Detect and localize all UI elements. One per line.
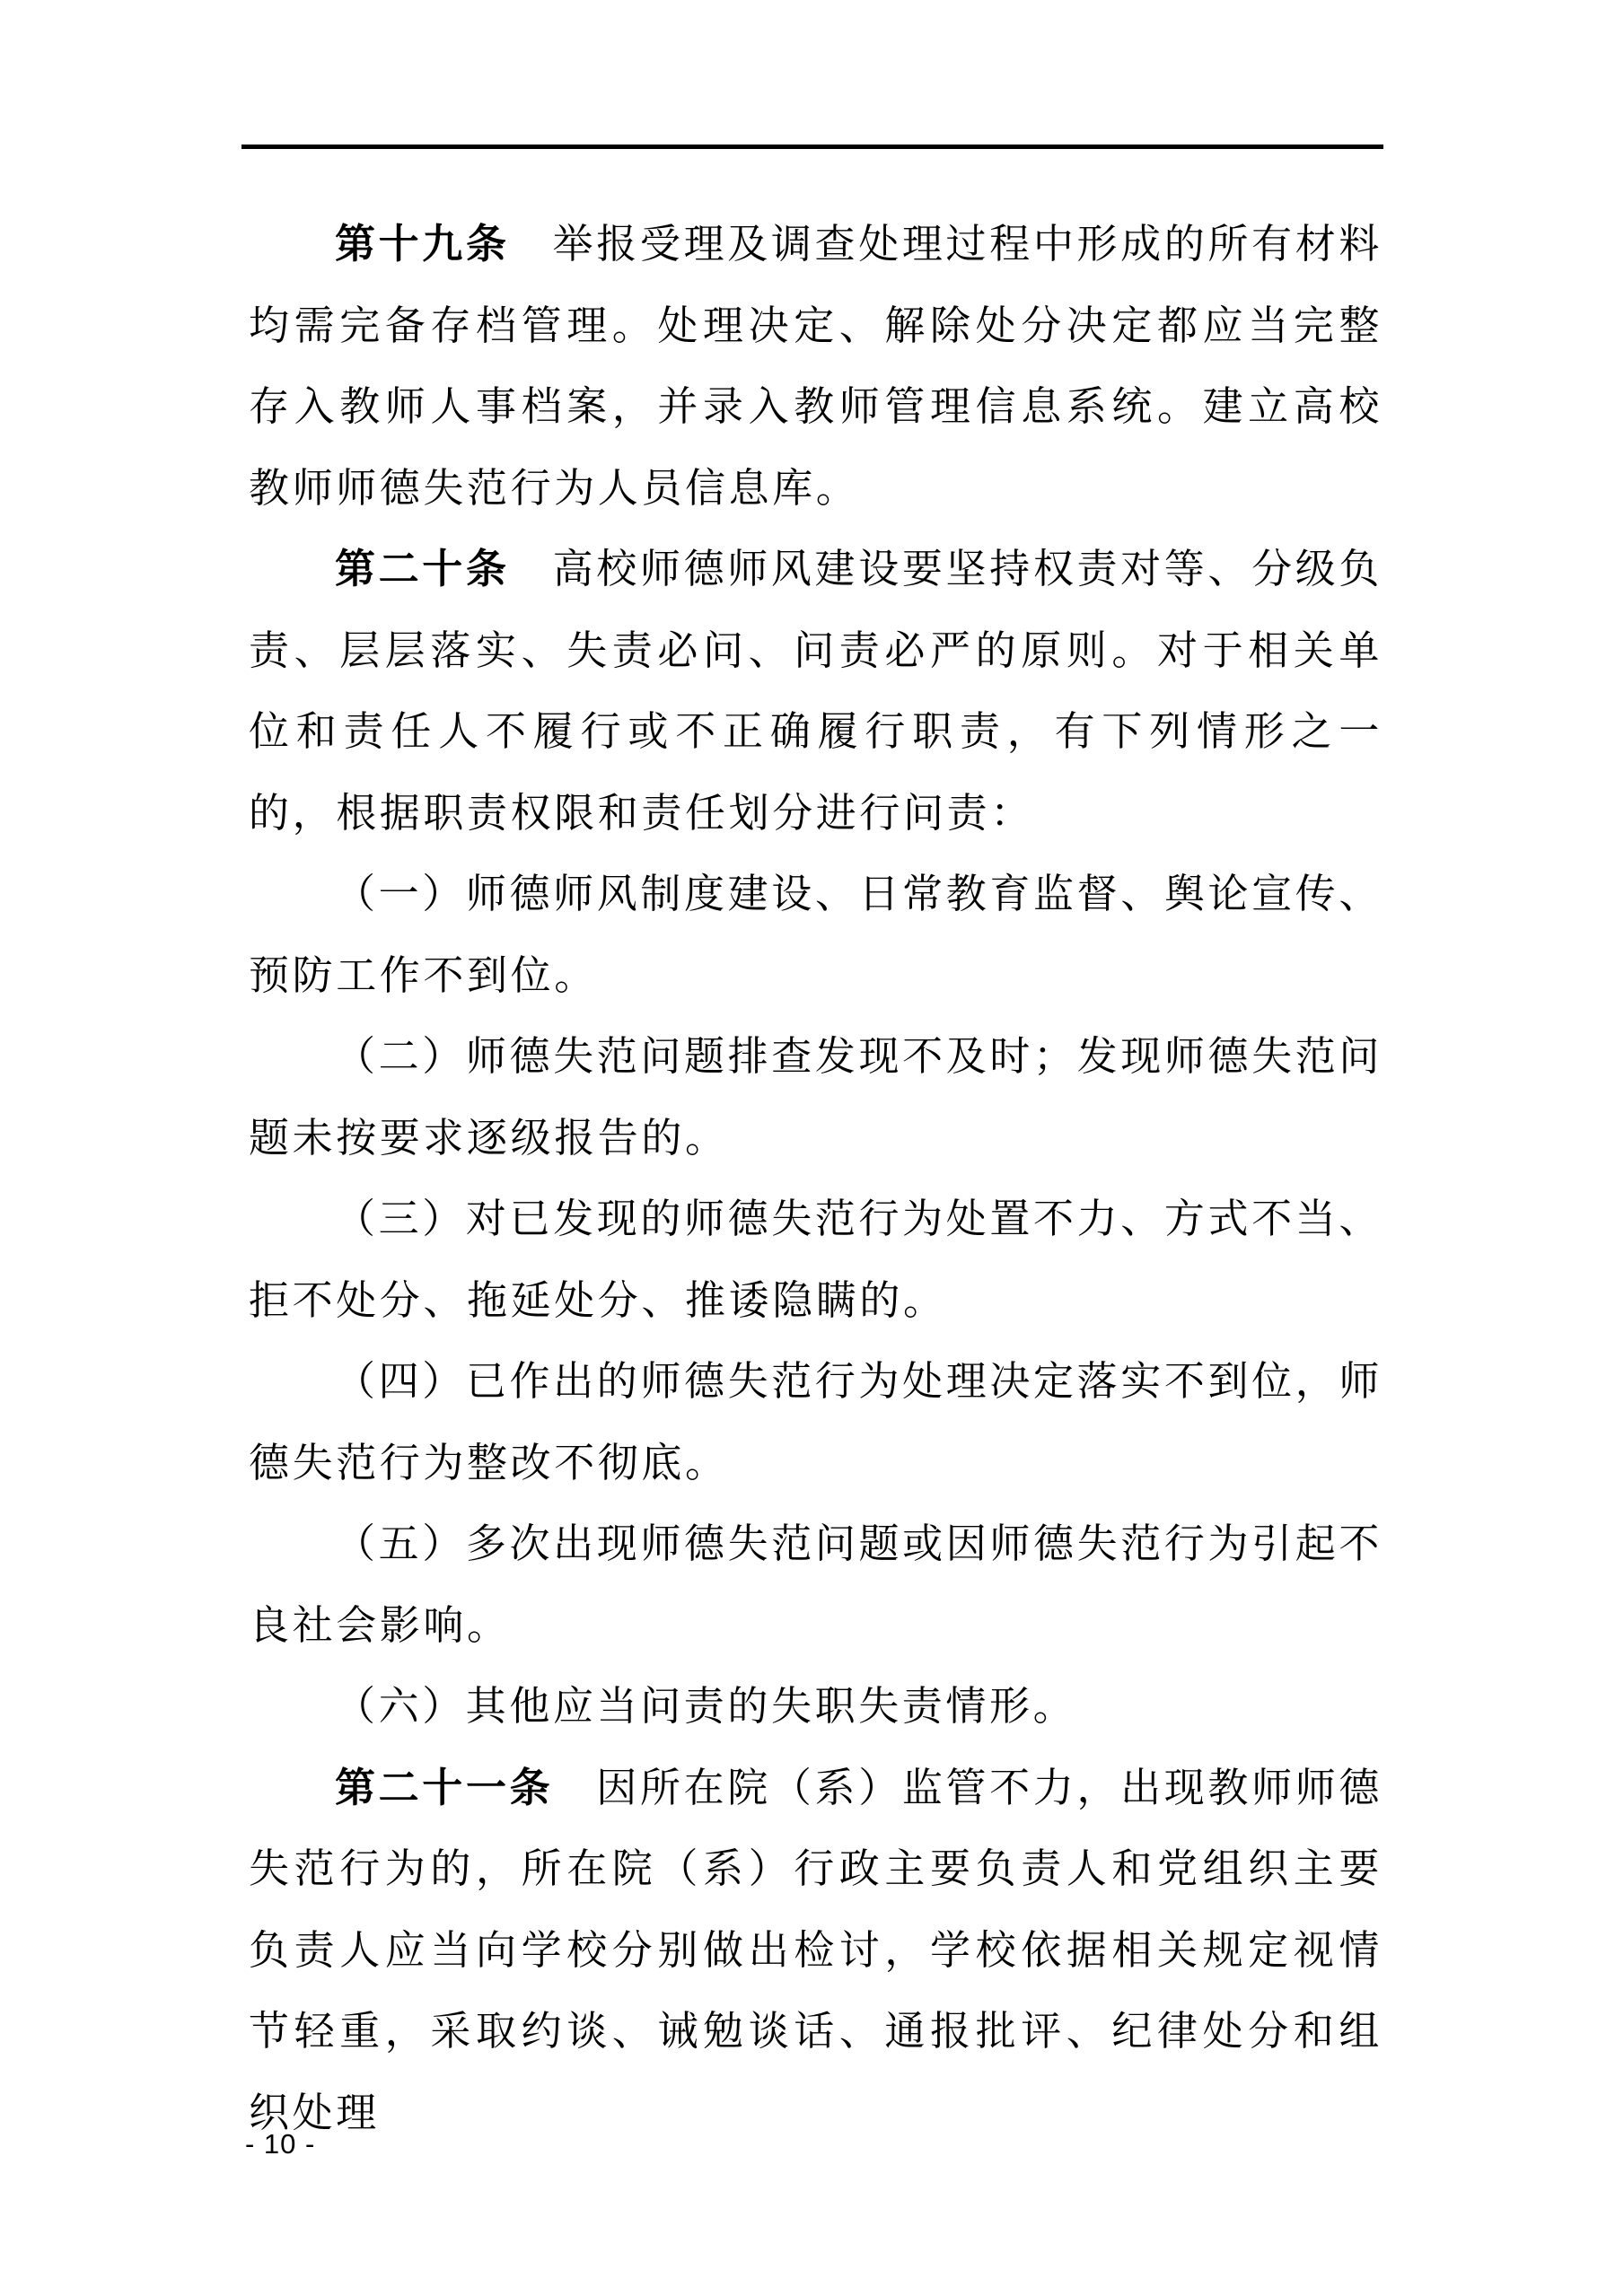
paragraph: （三）对已发现的师德失范行为处置不力、方式不当、拒不处分、拖延处分、推诿隐瞒的。 [249, 1179, 1383, 1341]
document-page: 第十九条举报受理及调查处理过程中形成的所有材料均需完备存档管理。处理决定、解除处… [0, 0, 1624, 2296]
document-body: 第十九条举报受理及调查处理过程中形成的所有材料均需完备存档管理。处理决定、解除处… [249, 204, 1383, 2153]
header-rule [241, 145, 1383, 149]
paragraph-text: （五）多次出现师德失范问题或因师德失范行为引起不良社会影响。 [249, 1521, 1383, 1648]
page-number: - 10 - [245, 2124, 315, 2165]
paragraph: （四）已作出的师德失范行为处理决定落实不到位，师德失范行为整改不彻底。 [249, 1341, 1383, 1503]
article-number: 第二十条 [335, 546, 510, 592]
paragraph: （五）多次出现师德失范问题或因师德失范行为引起不良社会影响。 [249, 1503, 1383, 1666]
paragraph: （二）师德失范问题排查发现不及时；发现师德失范问题未按要求逐级报告的。 [249, 1016, 1383, 1179]
paragraph: （一）师德师风制度建设、日常教育监督、舆论宣传、预防工作不到位。 [249, 854, 1383, 1016]
paragraph-text: （四）已作出的师德失范行为处理决定落实不到位，师德失范行为整改不彻底。 [249, 1359, 1383, 1485]
article-number: 第二十一条 [335, 1765, 553, 1810]
paragraph: （六）其他应当问责的失职失责情形。 [249, 1666, 1383, 1748]
paragraph-text: （一）师德师风制度建设、日常教育监督、舆论宣传、预防工作不到位。 [249, 872, 1383, 998]
paragraph-text: （三）对已发现的师德失范行为处置不力、方式不当、拒不处分、拖延处分、推诿隐瞒的。 [249, 1196, 1383, 1323]
paragraph: 第十九条举报受理及调查处理过程中形成的所有材料均需完备存档管理。处理决定、解除处… [249, 204, 1383, 529]
paragraph: 第二十条高校师德师风建设要坚持权责对等、分级负责、层层落实、失责必问、问责必严的… [249, 529, 1383, 854]
article-number: 第十九条 [335, 221, 510, 267]
paragraph-text: （六）其他应当问责的失职失责情形。 [335, 1684, 1076, 1729]
paragraph: 第二十一条因所在院（系）监管不力，出现教师师德失范行为的，所在院（系）行政主要负… [249, 1748, 1383, 2154]
paragraph-text: （二）师德失范问题排查发现不及时；发现师德失范问题未按要求逐级报告的。 [249, 1034, 1383, 1161]
paragraph-text: 因所在院（系）监管不力，出现教师师德失范行为的，所在院（系）行政主要负责人和党组… [249, 1766, 1383, 2135]
